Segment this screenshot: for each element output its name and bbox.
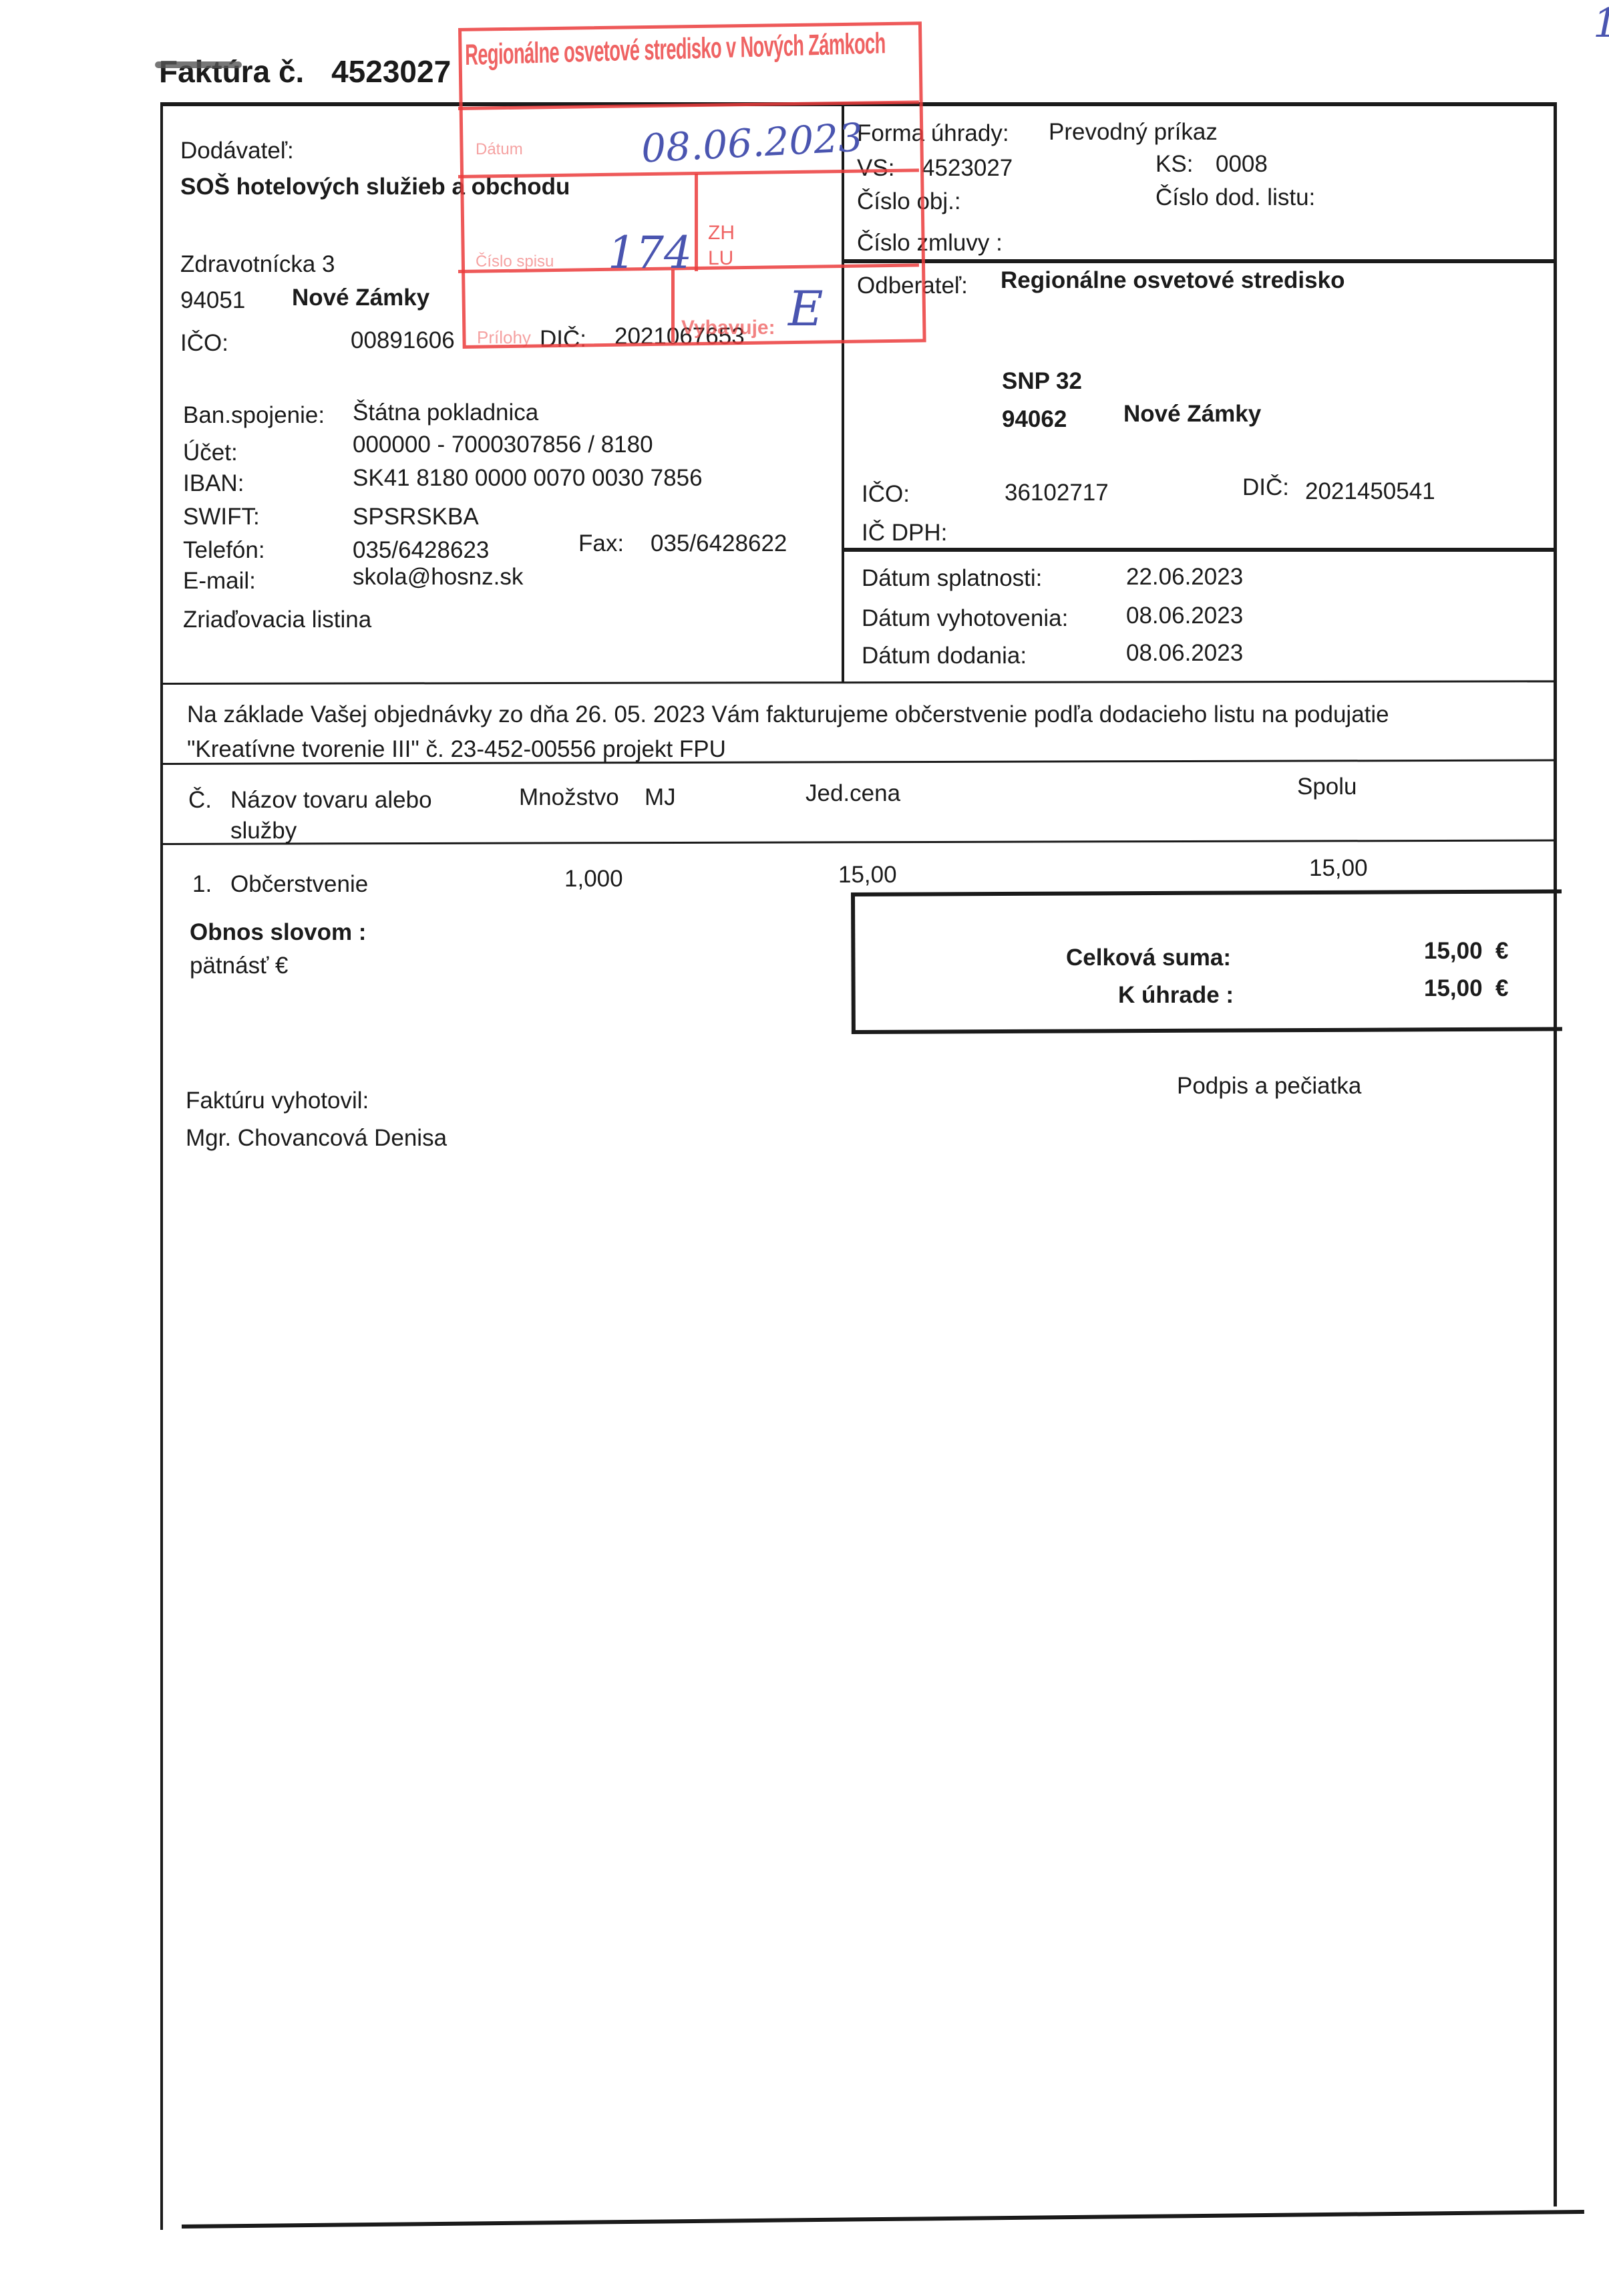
- phone-label: Telefón:: [183, 538, 265, 562]
- description-line-1: Na základe Vašej objednávky zo dňa 26. 0…: [187, 703, 1389, 726]
- amount-words-label: Obnos slovom :: [190, 921, 366, 944]
- delivery-date-value: 08.06.2023: [1126, 641, 1243, 665]
- description-line-2: "Kreatívne tvorenie III" č. 23-452-00556…: [187, 737, 726, 761]
- payment-customer-divider: [842, 259, 1556, 263]
- table-header-bottom-divider: [162, 840, 1555, 845]
- amount-due-label: K úhrade :: [1118, 983, 1234, 1007]
- title-strikethrough: [155, 61, 242, 68]
- frame-right: [1554, 102, 1557, 2206]
- col-header-qty: Množstvo: [519, 786, 619, 809]
- row-qty: 1,000: [564, 867, 623, 890]
- stamp-handler-handwritten: E: [788, 281, 824, 337]
- row-name: Občerstvenie: [230, 872, 368, 896]
- swift-value: SPSRSKBA: [353, 505, 479, 528]
- row-total: 15,00: [1309, 856, 1368, 880]
- supplier-city: Nové Zámky: [292, 286, 429, 309]
- delivery-date-label: Dátum dodania:: [862, 644, 1027, 667]
- supplier-zip: 94051: [180, 289, 245, 312]
- supplier-ico: 00891606: [351, 329, 455, 352]
- iban-label: IBAN:: [183, 472, 244, 495]
- description-top-divider: [162, 680, 1555, 685]
- swift-label: SWIFT:: [183, 505, 260, 528]
- issued-by-name: Mgr. Chovancová Denisa: [186, 1126, 447, 1150]
- col-header-name-1: Názov tovaru alebo: [230, 788, 432, 812]
- supplier-street: Zdravotnícka 3: [180, 253, 335, 276]
- customer-zip: 94062: [1002, 407, 1067, 431]
- vs-value: 4523027: [922, 156, 1013, 180]
- bank-label: Ban.spojenie:: [183, 403, 325, 427]
- stamp-col-divider-1: [695, 174, 698, 271]
- customer-ico: 36102717: [1005, 481, 1109, 504]
- frame-left: [160, 102, 163, 2230]
- customer-dic-label: DIČ:: [1242, 476, 1289, 499]
- iban-value: SK41 8180 0000 0070 0030 7856: [353, 466, 703, 490]
- stamp-attachment-label: Prílohy: [477, 327, 531, 348]
- row-unit-price: 15,00: [838, 863, 897, 886]
- customer-box-bottom: [843, 548, 1556, 552]
- due-date-value: 22.06.2023: [1126, 565, 1243, 589]
- issue-date-value: 08.06.2023: [1126, 604, 1243, 627]
- stamp-border: [458, 21, 926, 349]
- stamp-file-label: Číslo spisu: [476, 253, 554, 271]
- invoice-title: Faktúra č. 4523027: [159, 53, 451, 90]
- fax-value: 035/6428622: [651, 532, 787, 555]
- stamp-date-label: Dátum: [476, 140, 523, 159]
- supplier-ico-label: IČO:: [180, 331, 228, 355]
- customer-city: Nové Zámky: [1123, 402, 1261, 426]
- total-sum-label: Celková suma:: [1066, 946, 1231, 969]
- stamp-code-2: LU: [708, 247, 733, 270]
- fax-label: Fax:: [578, 532, 624, 555]
- col-header-total: Spolu: [1297, 775, 1357, 798]
- payment-method-value: Prevodný príkaz: [1049, 120, 1218, 144]
- customer-dic: 2021450541: [1305, 480, 1435, 503]
- ks-value: 0008: [1216, 152, 1268, 176]
- customer-street: SNP 32: [1002, 369, 1082, 393]
- signature-label: Podpis a pečiatka: [1177, 1074, 1361, 1098]
- total-sum-value: 15,00 €: [1424, 939, 1509, 963]
- invoice-title-label: Faktúra č.: [159, 54, 304, 89]
- account-value: 000000 - 7000307856 / 8180: [353, 433, 653, 456]
- delivery-note-label: Číslo dod. listu:: [1155, 186, 1315, 209]
- phone-value: 035/6428623: [353, 538, 489, 562]
- due-date-label: Dátum splatnosti:: [862, 566, 1042, 590]
- email-label: E-mail:: [183, 569, 256, 593]
- stamp-handler-label: Vybavuje:: [681, 317, 775, 339]
- invoice-number: 4523027: [331, 54, 451, 89]
- row-no: 1.: [192, 872, 212, 896]
- issue-date-label: Dátum vyhotovenia:: [862, 607, 1068, 630]
- account-label: Účet:: [183, 441, 238, 464]
- stamp-code-1: ZH: [708, 222, 735, 244]
- issued-by-label: Faktúru vyhotovil:: [186, 1089, 369, 1112]
- amount-due-value: 15,00 €: [1424, 977, 1509, 1000]
- customer-icdph-label: IČ DPH:: [862, 521, 947, 544]
- stamp-col-divider-2: [671, 270, 675, 342]
- col-header-unit: MJ: [645, 786, 676, 809]
- customer-ico-label: IČO:: [862, 482, 910, 506]
- amount-words-value: pätnásť €: [190, 954, 288, 977]
- supplier-label: Dodávateľ:: [180, 139, 294, 162]
- corner-handwritten-mark: 1: [1593, 0, 1609, 47]
- col-header-unit-price: Jed.cena: [806, 782, 900, 805]
- ks-label: KS:: [1155, 152, 1193, 176]
- registration-text: Zriaďovacia listina: [183, 608, 371, 631]
- email-value[interactable]: skola@hosnz.sk: [353, 565, 523, 589]
- bank-value: Štátna pokladnica: [353, 401, 538, 424]
- customer-name: Regionálne osvetové stredisko: [1001, 269, 1345, 292]
- stamp-file-handwritten: 174: [608, 227, 692, 279]
- frame-bottom: [182, 2210, 1584, 2229]
- col-header-no: Č.: [188, 788, 212, 812]
- col-header-name-2: služby: [230, 819, 297, 842]
